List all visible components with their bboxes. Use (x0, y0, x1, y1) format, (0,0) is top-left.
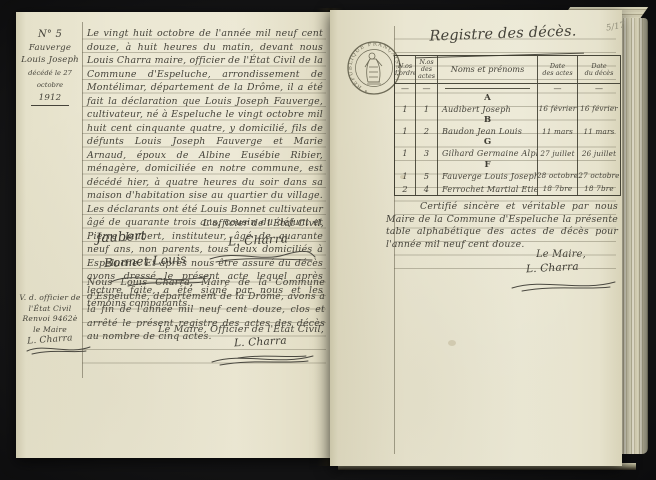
signature-flourish (206, 248, 318, 264)
cell-acte: 3 (416, 147, 438, 160)
closing-margin-line: V. d. officier de (17, 293, 83, 304)
cell-acte: 4 (416, 182, 438, 195)
cell-acte: 2 (416, 125, 438, 138)
officer-label: L'officier de l'État Civil, (166, 218, 324, 229)
table-row: 1 5 Fauverge Louis Joseph 28 octobre 27 … (395, 169, 620, 182)
cell-date-acte: 16 février (538, 103, 578, 116)
cell-nom: Gilhard Germaine Alphonsine (438, 147, 538, 160)
table-row: 1 2 Baudon Jean Louis 11 mars 11 mars (395, 125, 620, 138)
deceased-date-line: décédé le 27 octobre (19, 67, 81, 92)
page-edges-right (621, 18, 648, 454)
cell-nom: Fauverge Louis Joseph (438, 169, 538, 182)
header-noms: Noms et prénoms (438, 56, 538, 83)
left-page: N° 5 Fauverge Louis Joseph décédé le 27 … (16, 12, 330, 458)
cell-nom: Audibert Joseph (438, 103, 538, 116)
cell-ordre: 1 (395, 169, 416, 182)
cell-acte: 5 (416, 169, 438, 182)
cell-date-deces: 26 juillet (578, 147, 620, 160)
right-page: 5/17 Registre des décès. • RÉPUBLIQUE FR… (330, 10, 622, 466)
act-margin-note: N° 5 Fauverge Louis Joseph décédé le 27 … (19, 29, 81, 106)
closing-margin-line: l'État Civil (17, 304, 83, 315)
section-letter-row: A (395, 93, 620, 103)
section-letter-row: F (395, 160, 620, 170)
cell-date-acte: 18 7bre (538, 182, 578, 195)
section-letter: F (438, 160, 538, 170)
cell-ordre: 1 (395, 147, 416, 160)
alphabetical-table: N.os d'ordre N.os des actes Noms et prén… (394, 55, 621, 196)
table-row: 1 3 Gilhard Germaine Alphonsine 27 juill… (395, 147, 620, 160)
dash-mark: — (538, 84, 578, 93)
dash-mark: — (578, 84, 620, 93)
deceased-surname: Fauverge (19, 42, 81, 55)
table-dash-row: — — — — (395, 84, 620, 93)
signature-flourish (24, 342, 94, 356)
act-number: N° 5 (19, 29, 81, 42)
cell-date-deces: 27 octobre (578, 169, 620, 182)
scanned-register-spread: N° 5 Fauverge Louis Joseph décédé le 27 … (0, 0, 656, 480)
dash-mark: — (416, 84, 438, 93)
paper-stain (400, 175, 405, 179)
section-letter: A (438, 93, 538, 103)
dash-mark: — (395, 84, 416, 93)
cell-date-acte: 11 mars (538, 125, 578, 138)
cell-date-deces: 16 février (578, 103, 620, 116)
paper-stain (448, 340, 456, 346)
cell-nom: Ferrochet Martial Etienne (438, 182, 538, 195)
signature-flourish (508, 276, 620, 294)
certification-officer-label: Le Maire, (516, 249, 606, 260)
closing-signature: L. Charra (234, 335, 287, 350)
cell-ordre: 1 (395, 103, 416, 116)
cell-date-acte: 27 juillet (538, 147, 578, 160)
table-row: 1 1 Audibert Joseph 16 février 16 févrie… (395, 103, 620, 116)
signature-flourish (208, 350, 318, 368)
act-year: 1912 (31, 92, 70, 107)
cell-nom: Baudon Jean Louis (438, 125, 538, 138)
closing-margin-note: V. d. officier de l'État Civil Renvoi 94… (17, 293, 83, 346)
cell-date-deces: 11 mars (578, 125, 620, 138)
cell-date-acte: 28 octobre (538, 169, 578, 182)
cell-date-deces: 18 7bre (578, 182, 620, 195)
section-letter-row: B (395, 115, 620, 125)
closing-officer-label: Le Maire, Officier de l'État Civil, (134, 324, 324, 335)
section-letter: G (438, 138, 538, 148)
certification-text: Certifié sincère et véritable par nous M… (386, 201, 618, 251)
cell-ordre: 1 (395, 125, 416, 138)
cell-acte: 1 (416, 103, 438, 116)
page-title: Registre des décès. (418, 23, 588, 45)
cell-ordre: 2 (395, 182, 416, 195)
header-date-deces: Date du décès (578, 56, 620, 83)
closing-margin-line: Renvoi 9462è (17, 314, 83, 325)
certification-signature: L. Charra (526, 261, 579, 276)
header-ordre: N.os d'ordre (395, 56, 416, 83)
witness-signature-1: Jaubert (96, 229, 147, 247)
deceased-firstnames: Louis Joseph (19, 54, 81, 67)
table-header-row: N.os d'ordre N.os des actes Noms et prén… (395, 56, 620, 84)
section-letter-row: G (395, 138, 620, 148)
table-row: 2 4 Ferrochet Martial Etienne 18 7bre 18… (395, 182, 620, 195)
header-date-acte: Date des actes (538, 56, 578, 83)
section-letter: B (438, 115, 538, 125)
dash-line (445, 88, 530, 89)
header-acte: N.os des actes (416, 56, 438, 83)
stamp-figure (365, 53, 382, 84)
